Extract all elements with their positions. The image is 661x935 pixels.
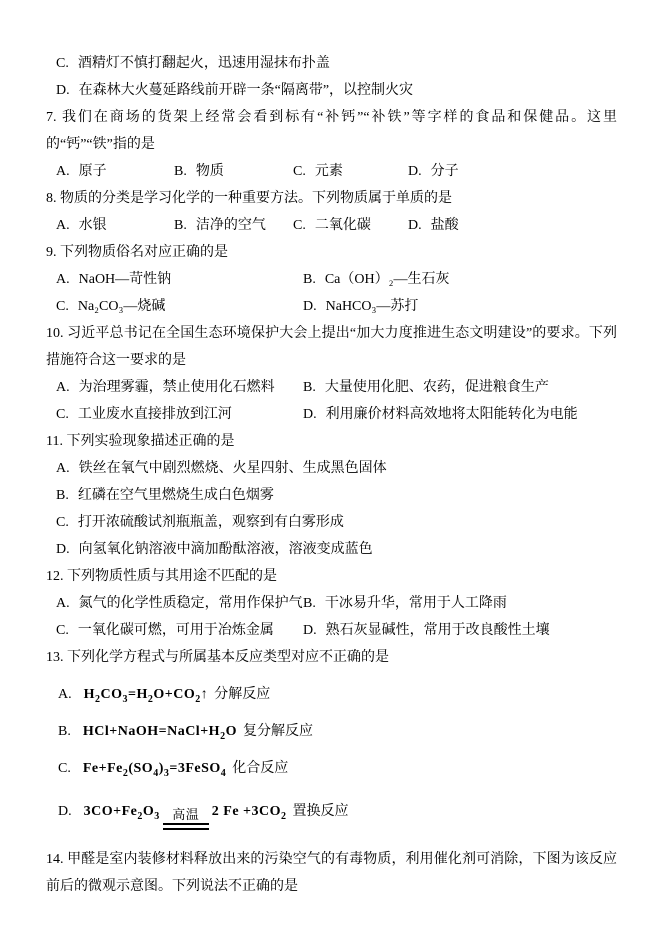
formula-text: Fe+Fe <box>83 761 123 776</box>
formula-text: 2 Fe +3CO <box>212 804 281 819</box>
option-label: B. <box>303 272 316 287</box>
formula-text: O+CO <box>153 687 195 702</box>
option-label: D. <box>303 623 317 638</box>
option: A.氮气的化学性质稳定，常用作保护气 <box>56 590 303 617</box>
option-row: A.NaOH—苛性钠B.Ca（OH）₂—生石灰 <box>46 266 617 293</box>
option-row: A.水银B.洁净的空气C.二氧化碳D.盐酸 <box>46 212 617 239</box>
question-stem: 14. 甲醛是室内装修材料释放出来的污染空气的有毒物质，利用催化剂可消除，下图为… <box>46 846 617 900</box>
option-text: 洁净的空气 <box>196 218 266 233</box>
option-row: C.Na₂CO₃—烧碱D.NaHCO₃—苏打 <box>46 293 617 320</box>
option-text: Na₂CO₃—烧碱 <box>78 299 166 314</box>
formula-text: =3FeSO <box>169 761 220 776</box>
option: C.二氧化碳 <box>293 212 408 239</box>
option: D.NaHCO₃—苏打 <box>303 293 617 320</box>
formula-subscript: 4 <box>221 768 227 779</box>
option: C.打开浓硫酸试剂瓶瓶盖，观察到有白雾形成 <box>56 509 617 536</box>
option-label: C. <box>56 56 69 71</box>
option-label: C. <box>56 623 69 638</box>
formula-text: 3CO+Fe <box>84 804 138 819</box>
question-stem: 11. 下列实验现象描述正确的是 <box>46 428 617 455</box>
option: A.为治理雾霾，禁止使用化石燃料 <box>56 374 303 401</box>
option: A.水银 <box>56 212 174 239</box>
option-text: 向氢氧化钠溶液中滴加酚酞溶液，溶液变成蓝色 <box>79 542 373 557</box>
equation-row: C.Fe+Fe2(SO4)3=3FeSO4化合反应 <box>46 755 617 782</box>
exam-page: C.酒精灯不慎打翻起火，迅速用湿抹布扑盖D.在森林大火蔓延路线前开辟一条“隔离带… <box>0 0 661 935</box>
formula-subscript: 3 <box>154 811 160 822</box>
option-row: A.原子B.物质C.元素D.分子 <box>46 158 617 185</box>
question-stem: 7. 我们在商场的货架上经常会看到标有“补钙”“补铁”等字样的食品和保健品。这里… <box>46 104 617 158</box>
option-text: 元素 <box>315 164 343 179</box>
formula-text: H <box>84 687 95 702</box>
option-row: C.一氧化碳可燃，可用于冶炼金属D.熟石灰显碱性，常用于改良酸性土壤 <box>46 617 617 644</box>
question-stem: 9. 下列物质俗名对应正确的是 <box>46 239 617 266</box>
option-text: 原子 <box>79 164 107 179</box>
option: B.大量使用化肥、农药，促进粮食生产 <box>303 374 617 401</box>
formula-text: (SO <box>128 761 153 776</box>
option-label: B. <box>303 380 316 395</box>
option: A.原子 <box>56 158 174 185</box>
option-text: 利用廉价材料高效地将太阳能转化为电能 <box>326 407 578 422</box>
equation-label: A. <box>58 687 72 702</box>
option: C.Na₂CO₃—烧碱 <box>56 293 303 320</box>
option-label: B. <box>174 218 187 233</box>
question-stem: 12. 下列物质性质与其用途不匹配的是 <box>46 563 617 590</box>
option-text: 酒精灯不慎打翻起火，迅速用湿抹布扑盖 <box>78 56 330 71</box>
option-row: C.打开浓硫酸试剂瓶瓶盖，观察到有白雾形成 <box>46 509 617 536</box>
formula-text: ↑ <box>201 687 209 702</box>
option-text: 铁丝在氧气中剧烈燃烧、火星四射、生成黑色固体 <box>79 461 387 476</box>
option-text: 大量使用化肥、农药，促进粮食生产 <box>325 380 549 395</box>
option-row: D.向氢氧化钠溶液中滴加酚酞溶液，溶液变成蓝色 <box>46 536 617 563</box>
option-text: 物质 <box>196 164 224 179</box>
equation-formula: H2CO3=H2O+CO2↑ <box>84 687 209 702</box>
option-text: 水银 <box>79 218 107 233</box>
option-label: A. <box>56 596 70 611</box>
option-row: A.铁丝在氧气中剧烈燃烧、火星四射、生成黑色固体 <box>46 455 617 482</box>
option-text: 为治理雾霾，禁止使用化石燃料 <box>79 380 275 395</box>
option: D.在森林大火蔓延路线前开辟一条“隔离带”，以控制火灾 <box>56 77 617 104</box>
option-label: B. <box>56 488 69 503</box>
option-row: A.氮气的化学性质稳定，常用作保护气B.干冰易升华，常用于人工降雨 <box>46 590 617 617</box>
option-label: D. <box>408 164 422 179</box>
exam-body: C.酒精灯不慎打翻起火，迅速用湿抹布扑盖D.在森林大火蔓延路线前开辟一条“隔离带… <box>46 50 617 900</box>
equation-formula: Fe+Fe2(SO4)3=3FeSO4 <box>83 761 226 776</box>
option-label: C. <box>293 164 306 179</box>
formula-text: HCl+NaOH=NaCl+H <box>83 724 220 739</box>
option-label: D. <box>408 218 422 233</box>
formula-subscript: 2 <box>281 811 287 822</box>
option-text: 干冰易升华，常用于人工降雨 <box>325 596 507 611</box>
option-row: C.酒精灯不慎打翻起火，迅速用湿抹布扑盖 <box>46 50 617 77</box>
option-label: C. <box>293 218 306 233</box>
option-label: A. <box>56 461 70 476</box>
option: D.熟石灰显碱性，常用于改良酸性土壤 <box>303 617 617 644</box>
option: C.工业废水直接排放到江河 <box>56 401 303 428</box>
option: C.酒精灯不慎打翻起火，迅速用湿抹布扑盖 <box>56 50 617 77</box>
formula-text: CO <box>101 687 123 702</box>
equation-row: B.HCl+NaOH=NaCl+H2O复分解反应 <box>46 718 617 745</box>
option-label: C. <box>56 407 69 422</box>
double-line <box>163 823 209 830</box>
option-row: A.为治理雾霾，禁止使用化石燃料B.大量使用化肥、农药，促进粮食生产 <box>46 374 617 401</box>
option-text: 氮气的化学性质稳定，常用作保护气 <box>79 596 303 611</box>
option: B.红磷在空气里燃烧生成白色烟雾 <box>56 482 617 509</box>
option: A.NaOH—苛性钠 <box>56 266 303 293</box>
equation-type-label: 化合反应 <box>232 761 288 776</box>
option: B.干冰易升华，常用于人工降雨 <box>303 590 617 617</box>
formula-text: O <box>226 724 237 739</box>
option-row: B.红磷在空气里燃烧生成白色烟雾 <box>46 482 617 509</box>
equation-label: D. <box>58 804 72 819</box>
option-label: C. <box>56 515 69 530</box>
equation-row: D.3CO+Fe2O3高温2 Fe +3CO2置换反应 <box>46 798 617 830</box>
option-text: 在森林大火蔓延路线前开辟一条“隔离带”，以控制火灾 <box>79 83 413 98</box>
option: C.一氧化碳可燃，可用于冶炼金属 <box>56 617 303 644</box>
option-label: A. <box>56 164 70 179</box>
option-label: D. <box>56 83 70 98</box>
option: C.元素 <box>293 158 408 185</box>
equation-row: A.H2CO3=H2O+CO2↑分解反应 <box>46 681 617 708</box>
formula-text: =H <box>128 687 148 702</box>
option: D.盐酸 <box>408 212 617 239</box>
equation-label: B. <box>58 724 71 739</box>
question-stem: 8. 物质的分类是学习化学的一种重要方法。下列物质属于单质的是 <box>46 185 617 212</box>
option-text: 盐酸 <box>431 218 459 233</box>
option-label: B. <box>174 164 187 179</box>
equation-formula: 3CO+Fe2O3高温2 Fe +3CO2 <box>84 804 287 819</box>
option-label: C. <box>56 299 69 314</box>
reaction-condition-label: 高温 <box>172 807 199 823</box>
equation-formula: HCl+NaOH=NaCl+H2O <box>83 724 237 739</box>
option-text: Ca（OH）₂—生石灰 <box>325 272 450 287</box>
option: B.洁净的空气 <box>174 212 293 239</box>
option-label: D. <box>303 407 317 422</box>
option-row: C.工业废水直接排放到江河D.利用廉价材料高效地将太阳能转化为电能 <box>46 401 617 428</box>
option-label: A. <box>56 272 70 287</box>
option-text: 二氧化碳 <box>315 218 371 233</box>
option-row: D.在森林大火蔓延路线前开辟一条“隔离带”，以控制火灾 <box>46 77 617 104</box>
option-text: 打开浓硫酸试剂瓶瓶盖，观察到有白雾形成 <box>78 515 344 530</box>
equation-type-label: 复分解反应 <box>243 724 313 739</box>
option: D.分子 <box>408 158 617 185</box>
option-label: A. <box>56 218 70 233</box>
question-stem: 13. 下列化学方程式与所属基本反应类型对应不正确的是 <box>46 644 617 671</box>
option-label: D. <box>56 542 70 557</box>
option-text: 分子 <box>431 164 459 179</box>
option-text: 一氧化碳可燃，可用于冶炼金属 <box>78 623 274 638</box>
option-text: 红磷在空气里燃烧生成白色烟雾 <box>78 488 274 503</box>
option: B.Ca（OH）₂—生石灰 <box>303 266 617 293</box>
option: B.物质 <box>174 158 293 185</box>
equation-type-label: 分解反应 <box>214 687 270 702</box>
option-label: D. <box>303 299 317 314</box>
option-text: 工业废水直接排放到江河 <box>78 407 232 422</box>
option-text: NaOH—苛性钠 <box>79 272 172 287</box>
option-label: A. <box>56 380 70 395</box>
equation-type-label: 置换反应 <box>293 804 349 819</box>
option-text: NaHCO₃—苏打 <box>326 299 419 314</box>
option: D.向氢氧化钠溶液中滴加酚酞溶液，溶液变成蓝色 <box>56 536 617 563</box>
option-text: 熟石灰显碱性，常用于改良酸性土壤 <box>326 623 550 638</box>
option-label: B. <box>303 596 316 611</box>
option: A.铁丝在氧气中剧烈燃烧、火星四射、生成黑色固体 <box>56 455 617 482</box>
question-stem: 10. 习近平总书记在全国生态环境保护大会上提出“加大力度推进生态文明建设”的要… <box>46 320 617 374</box>
option: D.利用廉价材料高效地将太阳能转化为电能 <box>303 401 617 428</box>
formula-text: O <box>143 804 154 819</box>
equation-label: C. <box>58 761 71 776</box>
reaction-condition: 高温 <box>163 807 209 830</box>
